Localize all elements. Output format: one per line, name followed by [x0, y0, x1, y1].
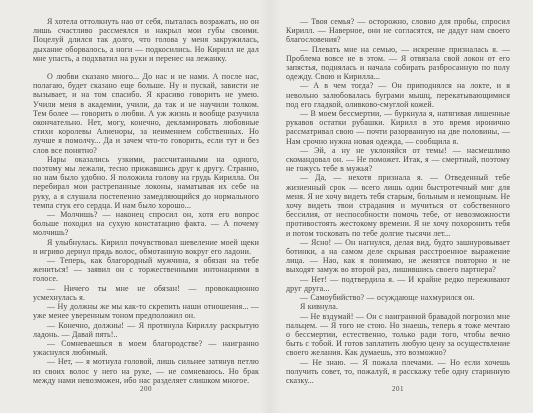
- paragraph: Я кивнула.: [286, 302, 510, 311]
- paragraph: — Ясно! — Он нагнулся, делая вид, будто …: [286, 238, 510, 275]
- paragraph: — Нет, — я мотнула головой, лишь сильнее…: [33, 357, 259, 385]
- paragraph: Я хотела оттолкнуть нао от себя, пыталас…: [33, 17, 259, 63]
- left-page-number: 200: [33, 385, 259, 393]
- right-page-text: — Твоя семья? — осторожно, словно для пр…: [286, 17, 510, 385]
- paragraph: — Сомневаешься в моем благородстве? — на…: [33, 339, 259, 357]
- paragraph: — Конечно, должны! — Я протянула Кириллу…: [33, 321, 259, 339]
- paragraph: — В моем бессмертии, — буркнула я, натяг…: [286, 109, 510, 146]
- paragraph: — Молчишь? — наконец спросил он, хотя ег…: [33, 210, 259, 238]
- book-spread: Я хотела оттолкнуть нао от себя, пыталас…: [0, 0, 533, 413]
- paragraph: — Не знаю. — Я пожала плечами. — Но если…: [286, 358, 510, 386]
- paragraph: — Нет! — подтвердила я. — И крайне редко…: [286, 275, 510, 293]
- paragraph: — Твоя семья? — осторожно, словно для пр…: [286, 17, 510, 45]
- paragraph: — А в чем тогда? — Он приподнялся на лок…: [286, 81, 510, 109]
- paragraph: — Ну должны же мы как-то скрепить наши о…: [33, 302, 259, 320]
- paragraph: — Ничего ты мне не обязан! — провокацион…: [33, 284, 259, 302]
- paragraph: — Теперь, как благородный мужчина, я обя…: [33, 256, 259, 284]
- page-gutter-shadow: [259, 0, 281, 413]
- paragraph: — Плевать мне на семью, — искренне призн…: [286, 45, 510, 82]
- paragraph: О любви сказано много... До нас и не нам…: [33, 72, 259, 155]
- left-page-text: Я хотела оттолкнуть нао от себя, пыталас…: [33, 17, 259, 385]
- paragraph: — Эй, а ну не уклоняйся от темы! — насме…: [286, 146, 510, 174]
- paragraph: Я улыбнулась. Кирилл почувствовал шевеле…: [33, 238, 259, 256]
- paragraph: — Да, — нехотя признала я. — Отведенный …: [286, 173, 510, 237]
- paragraph: — Самоубийство? — осуждающе нахмурился о…: [286, 293, 510, 302]
- paragraph: — Не вздумай! — Он с наигранной бравадой…: [286, 312, 510, 358]
- right-page-number: 201: [286, 385, 510, 393]
- paragraph: Нары оказались узкими, рассчитанными на …: [33, 155, 259, 210]
